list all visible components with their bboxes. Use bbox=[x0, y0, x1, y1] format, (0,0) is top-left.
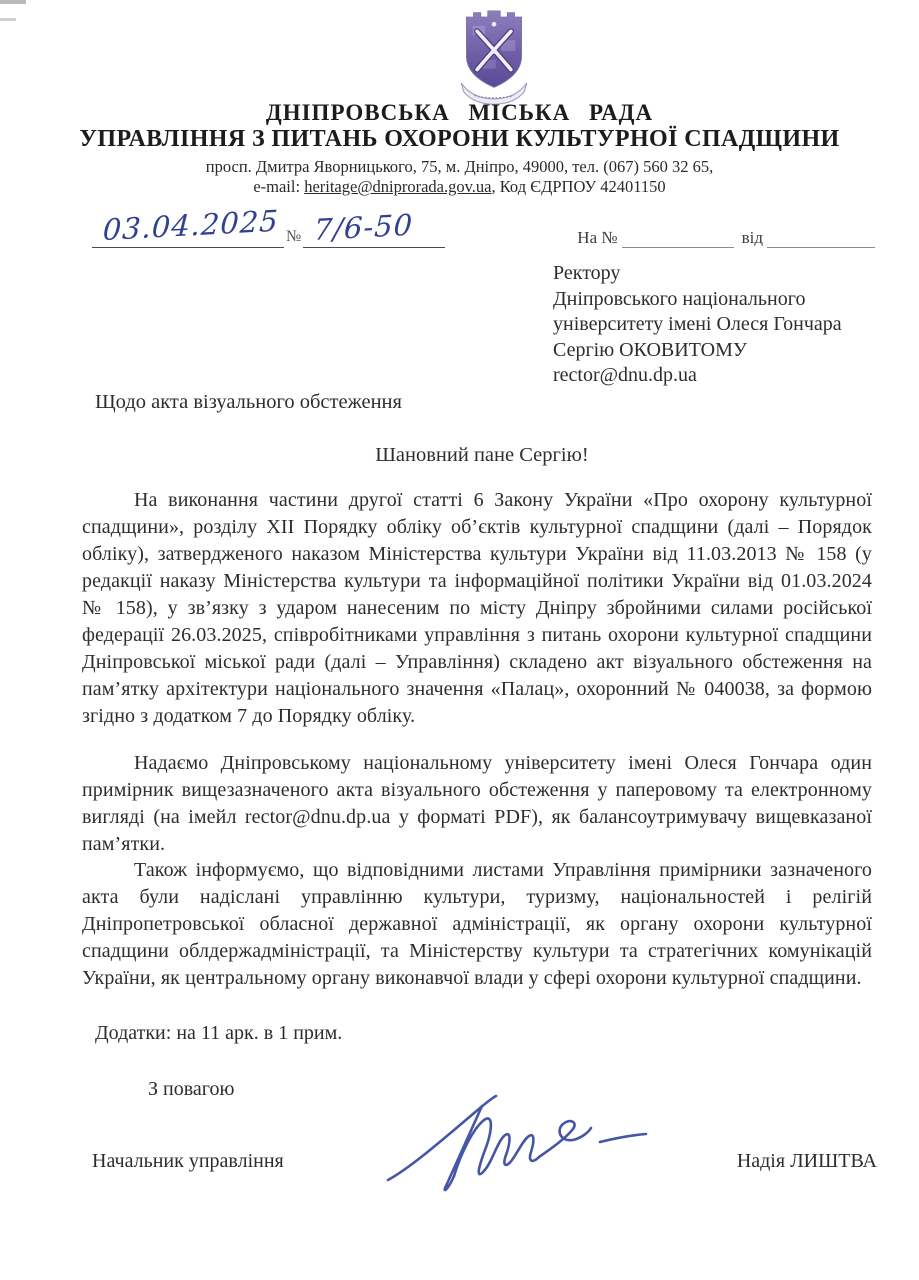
date-line: 03.04.2025 bbox=[92, 213, 284, 248]
number-line: 7/6-50 bbox=[303, 213, 445, 248]
body-paragraph-1: На виконання частини другої статті 6 Зак… bbox=[82, 487, 872, 730]
org-contact-line: e-mail: heritage@dniprorada.gov.ua, Код … bbox=[0, 177, 919, 197]
signer-name: Надія ЛИШТВА bbox=[737, 1150, 877, 1173]
incoming-date-blank bbox=[767, 227, 875, 248]
recipient-line: університету імені Олеся Гончара bbox=[553, 312, 883, 338]
outgoing-ref: 03.04.2025№7/6-50 bbox=[92, 213, 445, 248]
attachments-line: Додатки: на 11 арк. в 1 прим. bbox=[95, 1022, 342, 1045]
reference-row: 03.04.2025№7/6-50 На №від bbox=[92, 200, 875, 248]
dnipro-coat-of-arms-icon bbox=[452, 10, 536, 106]
recipient-email: rector@dnu.dp.ua bbox=[553, 363, 883, 389]
handwritten-signature bbox=[382, 1076, 650, 1198]
salutation: Шановний пане Сергію! bbox=[92, 444, 872, 467]
org-email-link: heritage@dniprorada.gov.ua bbox=[304, 177, 491, 196]
signer-position-title: Начальник управління bbox=[92, 1150, 284, 1173]
body-paragraph-3: Також інформуємо, що відповідними листам… bbox=[82, 857, 872, 992]
incoming-ref: На №від bbox=[577, 227, 875, 248]
scanned-letter-page: ДНІПРОВСЬКА МІСЬКА РАДА УПРАВЛІННЯ З ПИТ… bbox=[0, 0, 919, 1280]
recipient-line: Ректору bbox=[553, 261, 883, 287]
number-sign: № bbox=[284, 228, 303, 248]
closing-phrase: З повагою bbox=[148, 1078, 234, 1101]
scan-artifact bbox=[0, 0, 26, 4]
org-address-line: просп. Дмитра Яворницького, 75, м. Дніпр… bbox=[0, 157, 919, 177]
handwritten-date: 03.04.2025 bbox=[102, 204, 280, 247]
handwritten-number: 7/6-50 bbox=[313, 208, 414, 247]
scan-artifact bbox=[0, 18, 16, 21]
recipient-line: Сергію ОКОВИТОМУ bbox=[553, 338, 883, 364]
email-prefix: e-mail: bbox=[253, 177, 304, 196]
incoming-date-label: від bbox=[734, 228, 767, 248]
incoming-number-label: На № bbox=[577, 228, 621, 248]
org-name-line1: ДНІПРОВСЬКА МІСЬКА РАДА bbox=[0, 100, 919, 126]
body-paragraph-2: Надаємо Дніпровському національному унів… bbox=[82, 750, 872, 858]
org-name-line2: УПРАВЛІННЯ З ПИТАНЬ ОХОРОНИ КУЛЬТУРНОЇ С… bbox=[0, 126, 919, 153]
incoming-number-blank bbox=[622, 227, 734, 248]
subject-line: Щодо акта візуального обстеження bbox=[95, 391, 402, 414]
edrpou-code: , Код ЄДРПОУ 42401150 bbox=[492, 177, 666, 196]
recipient-block: Ректору Дніпровського національного унів… bbox=[553, 261, 883, 389]
recipient-line: Дніпровського національного bbox=[553, 287, 883, 313]
